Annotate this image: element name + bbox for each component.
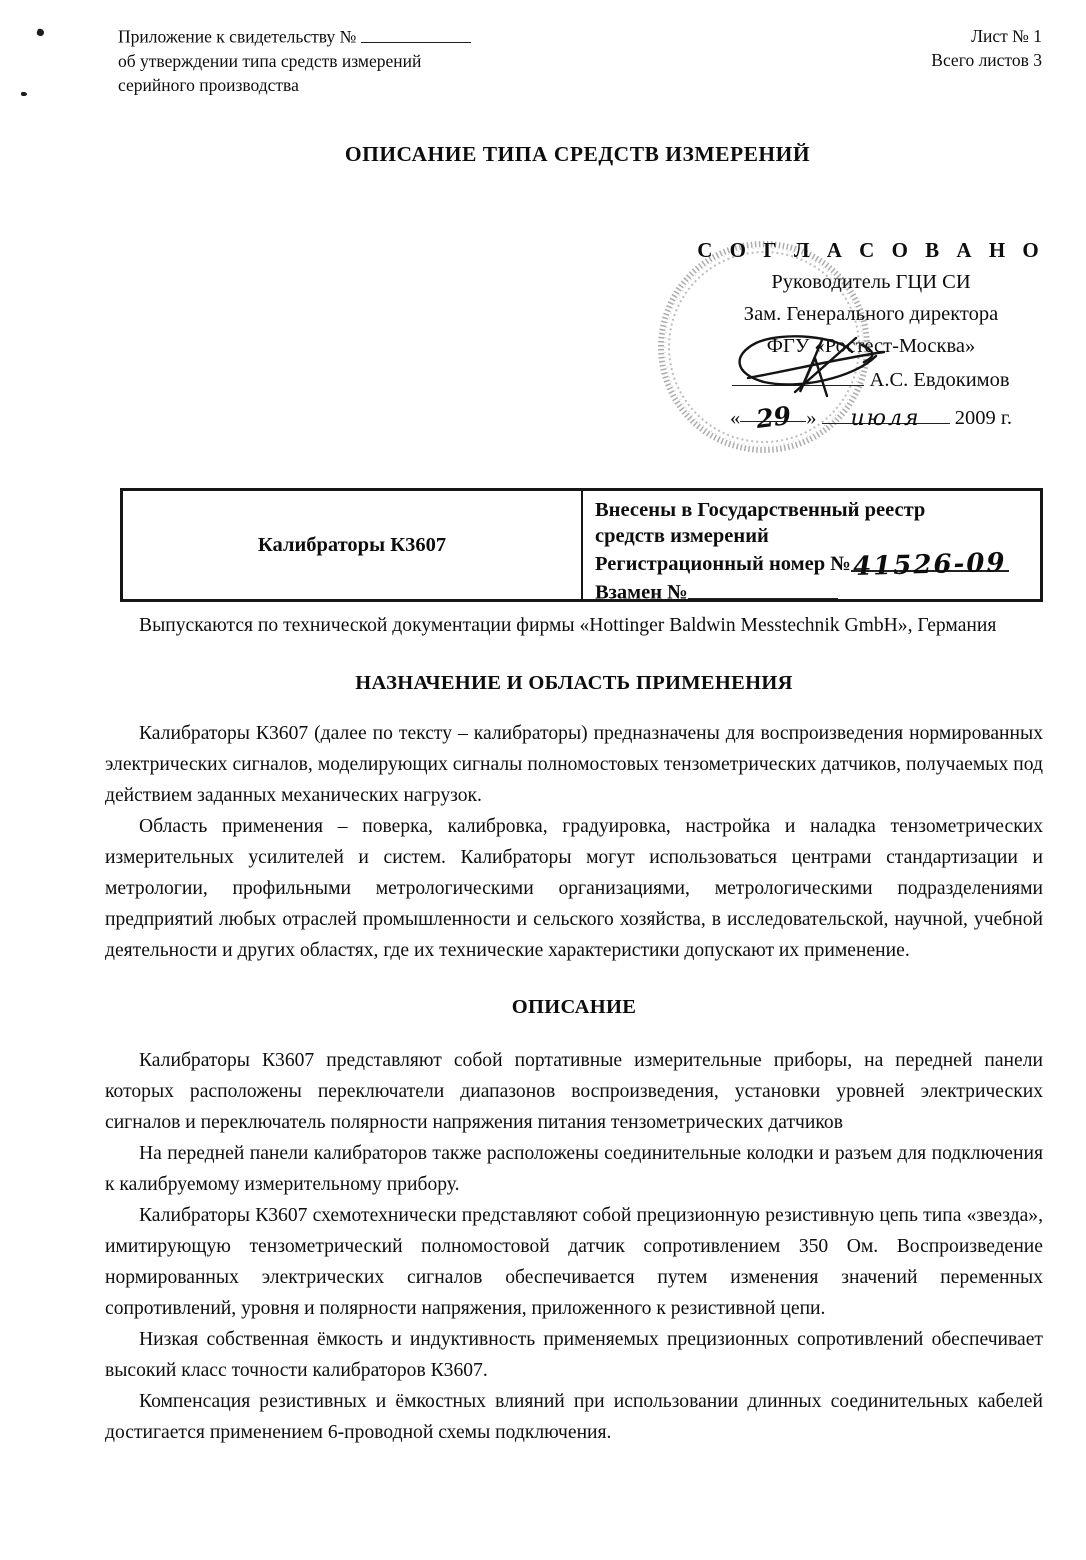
registration-number-label: Регистрационный номер № [595, 553, 851, 575]
manufacturer-note: Выпускаются по технической документации … [105, 610, 1043, 641]
section-heading-description: ОПИСАНИЕ [105, 992, 1043, 1023]
date-month-blank: июля [822, 402, 950, 424]
approval-block: С О Г Л А С О В А Н О Руководитель ГЦИ С… [688, 234, 1054, 434]
approver-role-2: Зам. Генерального директора [688, 298, 1054, 330]
registration-number-line: Регистрационный номер №41526-09 [595, 549, 1034, 577]
replaces-blank [688, 577, 838, 599]
registry-entry-line-1: Внесены в Государственный реестр [595, 497, 1034, 523]
date-day-blank: 29 [740, 400, 806, 422]
description-paragraph-3: Калибраторы К3607 схемотехнически предст… [105, 1200, 1043, 1324]
approver-role-1: Руководитель ГЦИ СИ [688, 266, 1054, 298]
section-heading-purpose: НАЗНАЧЕНИЕ И ОБЛАСТЬ ПРИМЕНЕНИЯ [105, 668, 1043, 699]
date-year: 2009 г. [955, 407, 1012, 429]
description-paragraph-5: Компенсация резистивных и ёмкостных влия… [105, 1386, 1043, 1448]
scan-speck-icon [36, 28, 45, 37]
handwritten-month: июля [851, 403, 921, 435]
instrument-name-cell: Калибраторы К3607 [123, 491, 583, 599]
registry-entry-line-2: средств измерений [595, 523, 1034, 549]
close-quote: » [806, 407, 816, 429]
description-paragraph-4: Низкая собственная ёмкость и индуктивнос… [105, 1324, 1043, 1386]
approval-date-row: «29» июля 2009 г. [688, 400, 1054, 434]
header-appendix: Приложение к свидетельству № об утвержде… [118, 24, 471, 97]
purpose-paragraph-1: Калибраторы К3607 (далее по тексту – кал… [105, 718, 1043, 811]
agreed-label: С О Г Л А С О В А Н О [688, 234, 1054, 266]
signature-row: А.С. Евдокимов [688, 364, 1054, 396]
approver-org: ФГУ «Ростест-Москва» [688, 330, 1054, 362]
appendix-line-2: об утверждении типа средств измерений [118, 49, 471, 73]
open-quote: « [730, 407, 740, 429]
signature-line [732, 365, 864, 387]
registration-number-blank: 41526-09 [851, 549, 1009, 572]
page-title: ОПИСАНИЕ ТИПА СРЕДСТВ ИЗМЕРЕНИЙ [112, 142, 1043, 167]
replaces-line: Взамен № [595, 577, 1034, 606]
appendix-line-1: Приложение к свидетельству № [118, 24, 471, 49]
scan-speck-icon [21, 92, 27, 96]
handwritten-registration-number: 41526-09 [853, 550, 1007, 580]
header-sheet-info: Лист № 1 Всего листов 3 [931, 24, 1042, 72]
sheets-total: Всего листов 3 [931, 48, 1042, 72]
document-page: Приложение к свидетельству № об утвержде… [0, 0, 1086, 1560]
description-paragraph-1: Калибраторы К3607 представляют собой пор… [105, 1045, 1043, 1138]
document-body: Выпускаются по технической документации … [105, 610, 1043, 1448]
description-paragraph-2: На передней панели калибраторов также ра… [105, 1138, 1043, 1200]
blank-line [361, 24, 471, 43]
purpose-paragraph-2: Область применения – поверка, калибровка… [105, 811, 1043, 966]
registry-table: Калибраторы К3607 Внесены в Государствен… [120, 488, 1043, 602]
sheet-number: Лист № 1 [931, 24, 1042, 48]
appendix-line-1-text: Приложение к свидетельству № [118, 27, 356, 47]
handwritten-day: 29 [754, 400, 792, 436]
replaces-label: Взамен № [595, 582, 688, 604]
appendix-line-3: серийного производства [118, 73, 471, 97]
signer-name: А.С. Евдокимов [870, 369, 1010, 391]
registry-entry-cell: Внесены в Государственный реестр средств… [583, 491, 1040, 599]
